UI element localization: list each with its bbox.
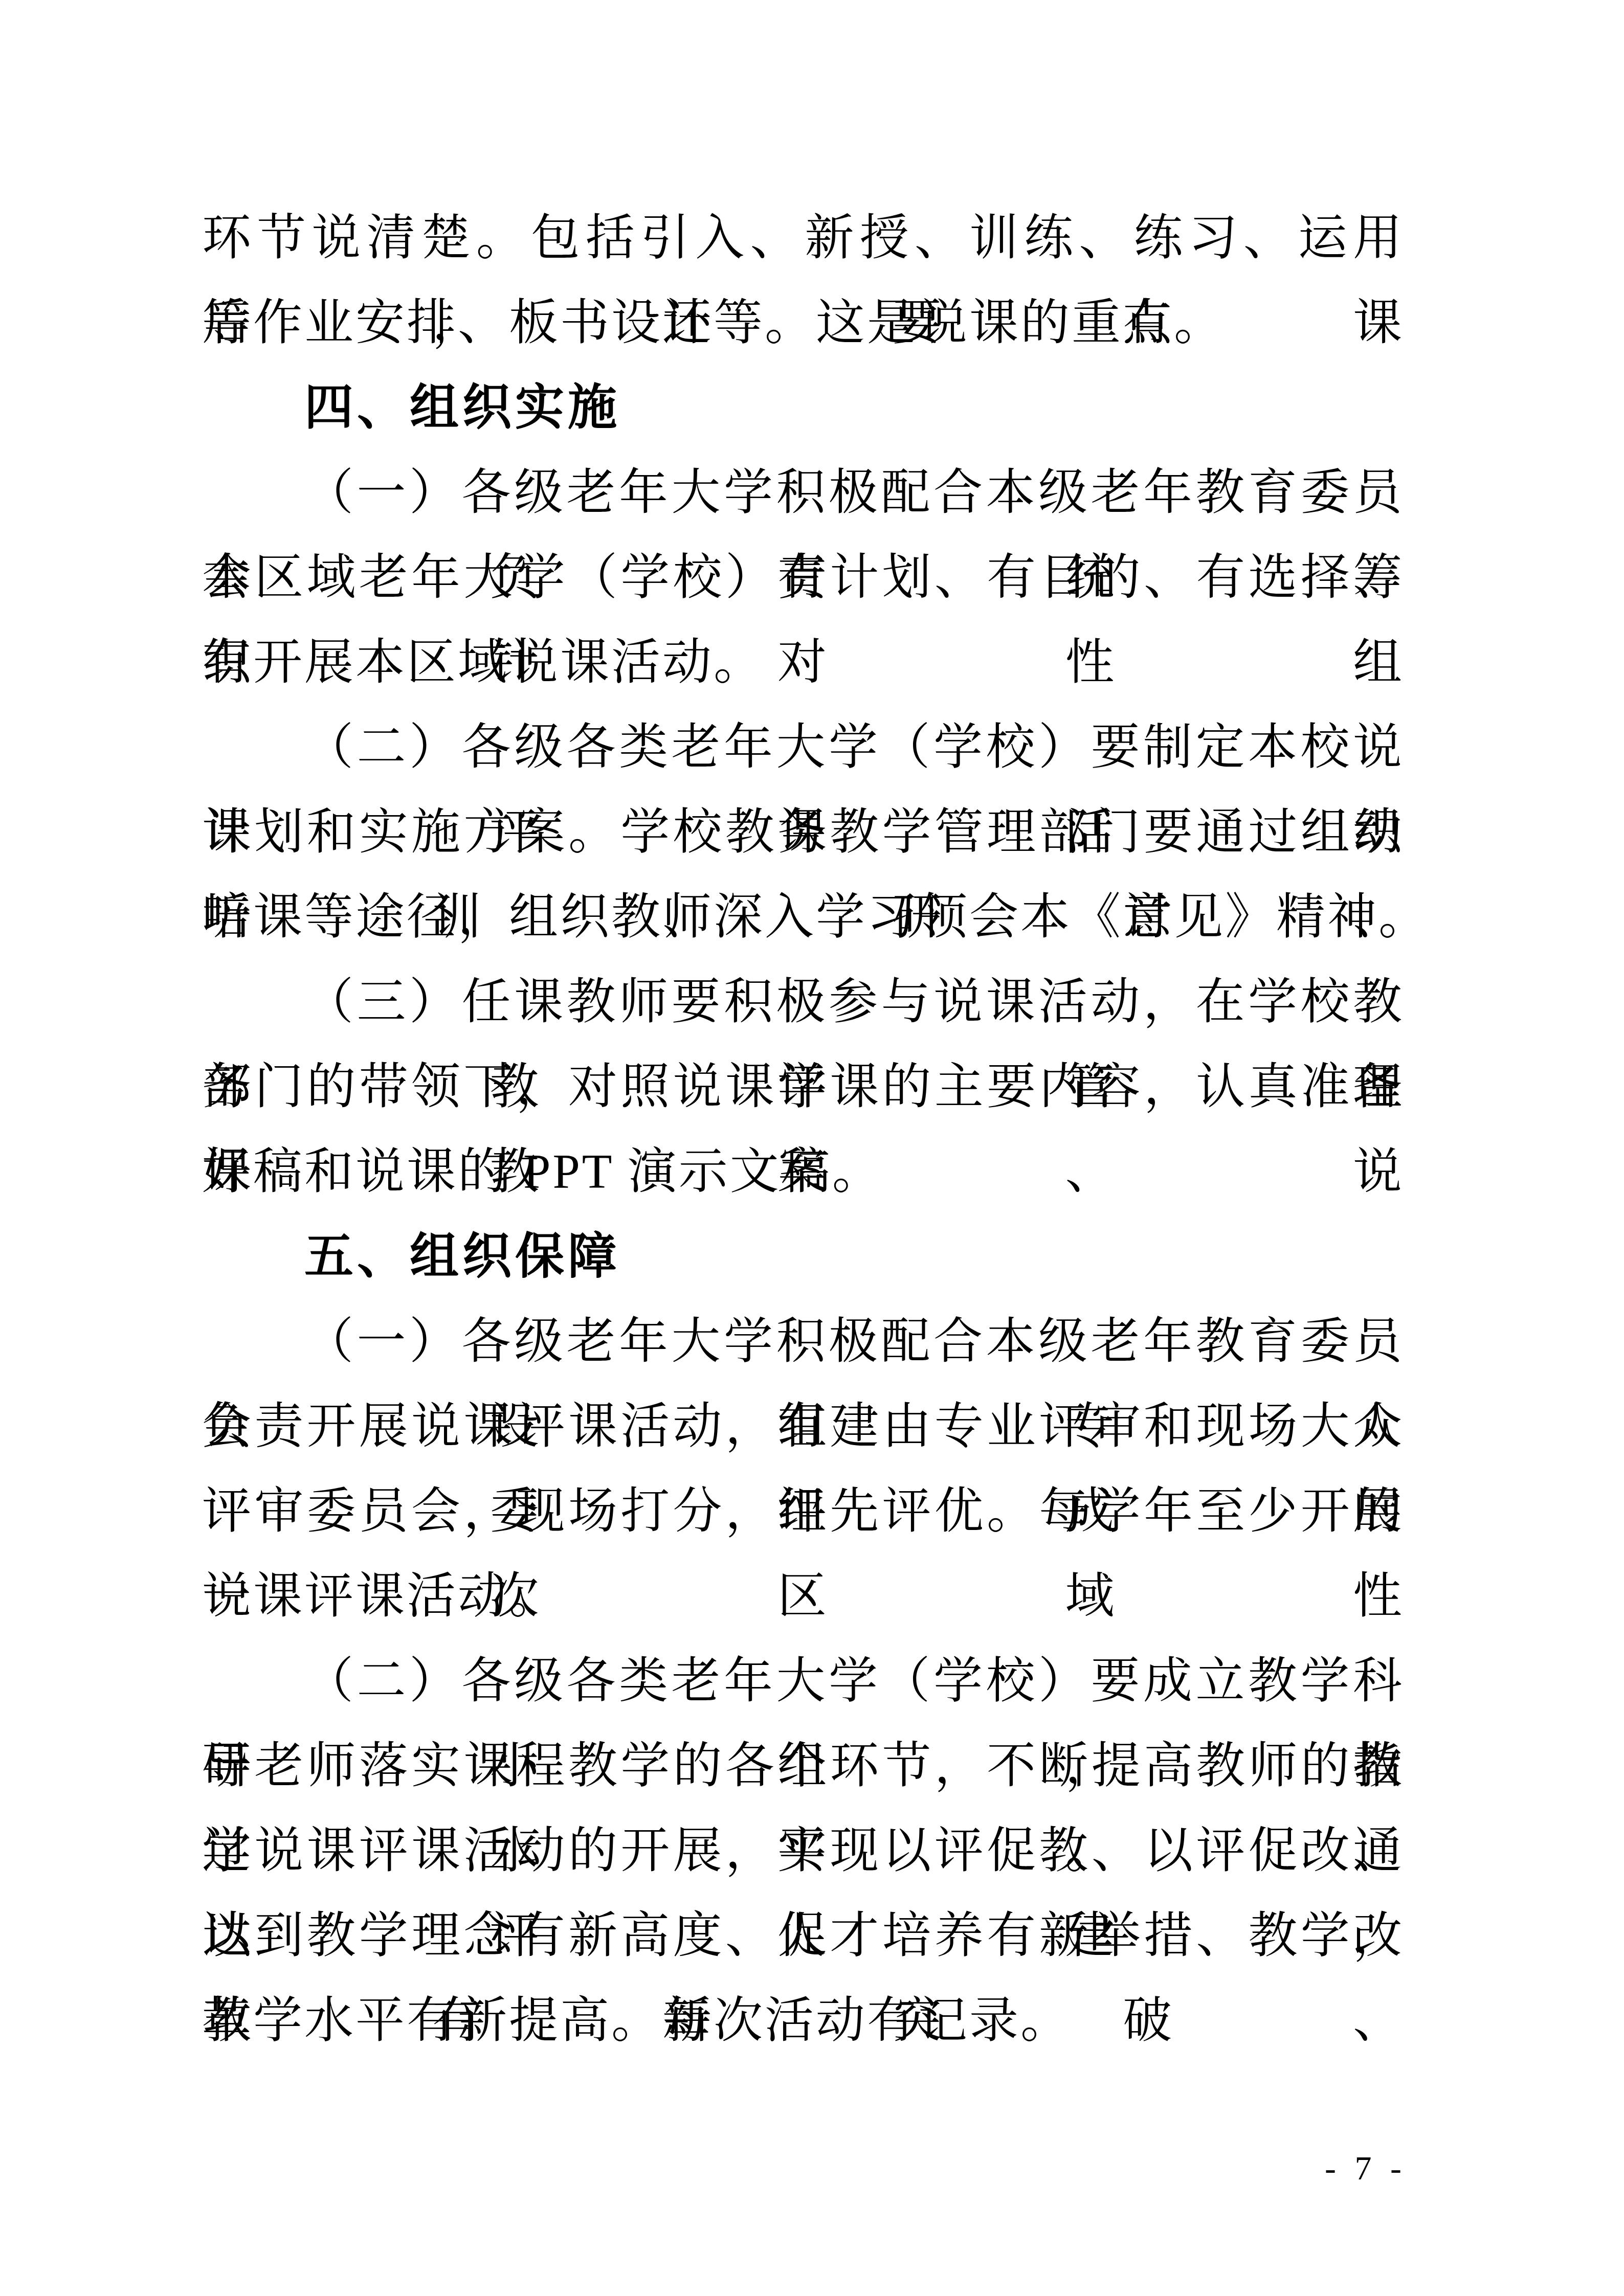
text-line: 达到教学理念有新高度、人才培养有新举措、教学改革有新突破、 [202,1893,1404,1978]
text-line: 后作业安排、板书设计等。这是说课的重点。 [202,280,1404,365]
document-page: 环节说清楚。包括引入、新授、训练、练习、运用等，还要有课 后作业安排、板书设计等… [0,0,1624,2296]
text-line: （一）各级老年大学积极配合本级老年教育委员会负责统筹 [202,450,1404,535]
text-line: （一）各级老年大学积极配合本级老年教育委员会设有专人 [202,1299,1404,1384]
section-heading: 五、组织保障 [202,1214,1404,1299]
document-body: 环节说清楚。包括引入、新授、训练、练习、运用等，还要有课 后作业安排、板书设计等… [202,195,1404,2063]
text-line: 本区域老年大学（学校）有计划、有目的、有选择、有针对性组 [202,535,1404,620]
page-number: - 7 - [1325,2146,1407,2192]
text-line: 环节说清楚。包括引入、新授、训练、练习、运用等，还要有课 [202,195,1404,280]
text-line: 过说课评课活动的开展，实现以评促教、以评促改、以评促建， [202,1808,1404,1893]
text-line: 导老师落实课程教学的各个环节，不断提高教师的教学水平。通 [202,1723,1404,1808]
text-line: （二）各级各类老年大学（学校）要制定本校说课评课活动 [202,705,1404,790]
text-line: 负责开展说课评课活动，组建由专业评审和现场大众评委组成的 [202,1384,1404,1469]
text-line: 部门的带领下，对照说课评课的主要内容，认真准备好教案、说 [202,1044,1404,1129]
section-heading: 四、组织实施 [202,365,1404,450]
text-line: （二）各级各类老年大学（学校）要成立教学科研小组，指 [202,1638,1404,1723]
text-line: （三）任课教师要积极参与说课活动，在学校教务教学管理 [202,959,1404,1044]
text-line: 听课等途径，组织教师深入学习领会本《意见》精神。 [202,874,1404,959]
text-line: 计划和实施方案。学校教务教学管理部门要通过组织培训、研讨、 [202,790,1404,874]
text-line: 评审委员会，现场打分，评先评优。每学年至少开展一次区域性 [202,1469,1404,1554]
